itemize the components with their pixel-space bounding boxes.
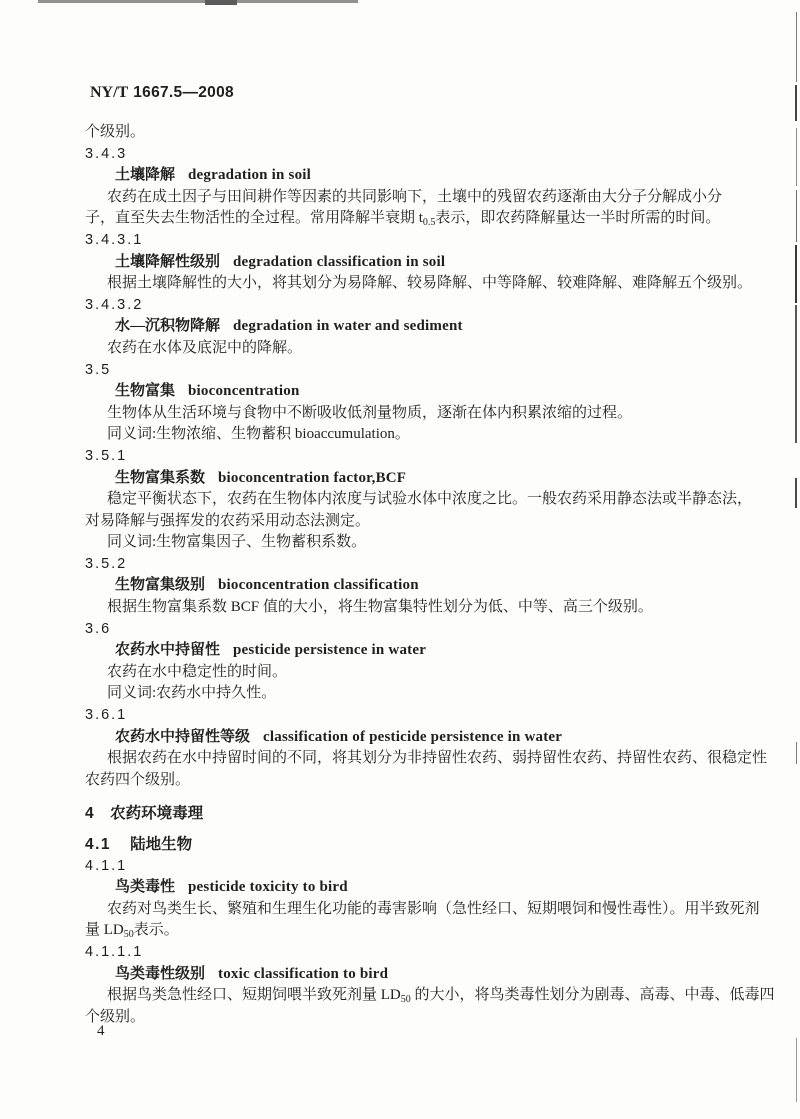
body-text: 子，直至失去生物活性的全过程。常用降解半衰期 t bbox=[85, 210, 423, 226]
scan-edge-right bbox=[796, 128, 797, 186]
body-line: 根据土壤降解性的大小，将其划分为易降解、较易降解、中等降解、较难降解、难降解五个… bbox=[85, 273, 757, 295]
term-cn: 鸟类毒性 bbox=[115, 879, 175, 895]
term-cn: 农药水中持留性等级 bbox=[115, 729, 250, 745]
body-text: 表示，即农药降解量达一半时所需的时间。 bbox=[435, 210, 720, 226]
term-heading: 生物富集级别bioconcentration classification bbox=[85, 575, 757, 597]
body-line: 农药在成土因子与田间耕作等因素的共同影响下，土壤中的残留农药逐渐由大分子分解成小… bbox=[85, 187, 757, 209]
term-en: pesticide toxicity to bird bbox=[188, 879, 348, 895]
scan-edge-right bbox=[795, 478, 797, 508]
scan-edge-right bbox=[795, 85, 797, 121]
section-number-3-5-2: 3.5.2 bbox=[85, 554, 757, 576]
term-heading: 鸟类毒性pesticide toxicity to bird bbox=[85, 877, 757, 899]
term-heading: 生物富集系数bioconcentration factor,BCF bbox=[85, 468, 757, 490]
body-line: 农药在水体及底泥中的降解。 bbox=[85, 338, 757, 360]
term-heading: 鸟类毒性级别toxic classification to bird bbox=[85, 964, 757, 986]
doc-code-prefix: NY/T bbox=[90, 84, 128, 101]
term-heading: 生物富集bioconcentration bbox=[85, 381, 757, 403]
body-line: 对易降解与强挥发的农药采用动态法测定。 bbox=[85, 511, 757, 533]
term-cn: 生物富集级别 bbox=[115, 577, 205, 593]
body-text: 表示。 bbox=[134, 922, 179, 938]
body-text: 的大小，将鸟类毒性划分为剧毒、高毒、中毒、低毒四 bbox=[411, 987, 775, 1003]
term-en: degradation classification in soil bbox=[233, 254, 445, 270]
term-heading: 农药水中持留性pesticide persistence in water bbox=[85, 640, 757, 662]
body-line: 农药对鸟类生长、繁殖和生理生化功能的毒害影响（急性经口、短期喂饲和慢性毒性）。用… bbox=[85, 899, 757, 921]
term-heading: 水—沉积物降解degradation in water and sediment bbox=[85, 316, 757, 338]
term-en: bioconcentration bbox=[188, 383, 300, 399]
scan-edge-right bbox=[795, 245, 797, 303]
section-number-3-4-3-2: 3.4.3.2 bbox=[85, 295, 757, 317]
document-page: NY/T1667.5—2008 个级别。 3.4.3 土壤降解degradati… bbox=[0, 0, 800, 1119]
term-en: toxic classification to bird bbox=[218, 966, 388, 982]
term-cn: 土壤降解性级别 bbox=[115, 254, 220, 270]
subchapter-heading: 4.1陆地生物 bbox=[85, 834, 757, 856]
subchapter-title: 陆地生物 bbox=[130, 836, 192, 853]
scan-edge-right bbox=[795, 305, 797, 443]
chapter-number: 4 bbox=[85, 805, 95, 822]
term-en: bioconcentration factor,BCF bbox=[218, 470, 406, 486]
scan-edge-right bbox=[796, 1038, 797, 1102]
term-heading: 土壤降解性级别degradation classification in soi… bbox=[85, 252, 757, 274]
synonym-line: 同义词:生物浓缩、生物蓄积 bioaccumulation。 bbox=[85, 424, 757, 446]
section-number-3-4-3-1: 3.4.3.1 bbox=[85, 230, 757, 252]
term-en: degradation in water and sediment bbox=[233, 318, 463, 334]
term-cn: 农药水中持留性 bbox=[115, 642, 220, 658]
doc-code-number: 1667.5—2008 bbox=[133, 84, 234, 101]
body-line: 子，直至失去生物活性的全过程。常用降解半衰期 t0.5表示，即农药降解量达一半时… bbox=[85, 208, 757, 230]
body-line: 根据鸟类急性经口、短期饲喂半致死剂量 LD50 的大小，将鸟类毒性划分为剧毒、高… bbox=[85, 985, 757, 1007]
doc-header: NY/T1667.5—2008 bbox=[90, 84, 234, 102]
chapter-title: 农药环境毒理 bbox=[110, 805, 203, 822]
chapter-heading: 4农药环境毒理 bbox=[85, 803, 757, 825]
body-line: 农药四个级别。 bbox=[85, 770, 757, 792]
body-line: 个级别。 bbox=[85, 1007, 757, 1029]
scan-edge-top-blob bbox=[205, 0, 237, 5]
section-number-3-5: 3.5 bbox=[85, 360, 757, 382]
subscript: 0.5 bbox=[423, 217, 436, 228]
term-en: bioconcentration classification bbox=[218, 577, 419, 593]
section-number-3-4-3: 3.4.3 bbox=[85, 144, 757, 166]
body-line: 生物体从生活环境与食物中不断吸收低剂量物质，逐渐在体内积累浓缩的过程。 bbox=[85, 403, 757, 425]
term-cn: 生物富集系数 bbox=[115, 470, 205, 486]
page-number: 4 bbox=[97, 1023, 105, 1040]
section-number-3-5-1: 3.5.1 bbox=[85, 446, 757, 468]
subchapter-number: 4.1 bbox=[85, 836, 111, 853]
term-heading: 农药水中持留性等级classification of pesticide per… bbox=[85, 727, 757, 749]
carryover-line: 个级别。 bbox=[85, 122, 757, 144]
scan-edge-right bbox=[796, 12, 797, 82]
section-number-3-6: 3.6 bbox=[85, 619, 757, 641]
subscript: 50 bbox=[401, 994, 411, 1005]
body-line: 农药在水中稳定性的时间。 bbox=[85, 662, 757, 684]
body-text: 量 LD bbox=[85, 922, 124, 938]
term-heading: 土壤降解degradation in soil bbox=[85, 165, 757, 187]
term-cn: 水—沉积物降解 bbox=[115, 318, 220, 334]
body-line: 量 LD50表示。 bbox=[85, 920, 757, 942]
term-en: pesticide persistence in water bbox=[233, 642, 426, 658]
body-line: 根据生物富集系数 BCF 值的大小，将生物富集特性划分为低、中等、高三个级别。 bbox=[85, 597, 757, 619]
body-text: 根据鸟类急性经口、短期饲喂半致死剂量 LD bbox=[107, 987, 401, 1003]
body-line: 稳定平衡状态下，农药在生物体内浓度与试验水体中浓度之比。一般农药采用静态法或半静… bbox=[85, 489, 757, 511]
term-en: classification of pesticide persistence … bbox=[263, 729, 562, 745]
section-number-4-1-1: 4.1.1 bbox=[85, 856, 757, 878]
synonym-line: 同义词:农药水中持久性。 bbox=[85, 683, 757, 705]
scan-edge-top bbox=[38, 0, 358, 3]
section-number-4-1-1-1: 4.1.1.1 bbox=[85, 942, 757, 964]
scan-edge-right bbox=[796, 742, 797, 764]
term-cn: 土壤降解 bbox=[115, 167, 175, 183]
term-en: degradation in soil bbox=[188, 167, 311, 183]
scan-edge-right bbox=[796, 190, 797, 242]
term-cn: 鸟类毒性级别 bbox=[115, 966, 205, 982]
body-line: 根据农药在水中持留时间的不同，将其划分为非持留性农药、弱持留性农药、持留性农药、… bbox=[85, 748, 757, 770]
doc-content: 个级别。 3.4.3 土壤降解degradation in soil 农药在成土… bbox=[85, 122, 757, 1028]
synonym-line: 同义词:生物富集因子、生物蓄积系数。 bbox=[85, 532, 757, 554]
subscript: 50 bbox=[124, 929, 134, 940]
section-number-3-6-1: 3.6.1 bbox=[85, 705, 757, 727]
term-cn: 生物富集 bbox=[115, 383, 175, 399]
